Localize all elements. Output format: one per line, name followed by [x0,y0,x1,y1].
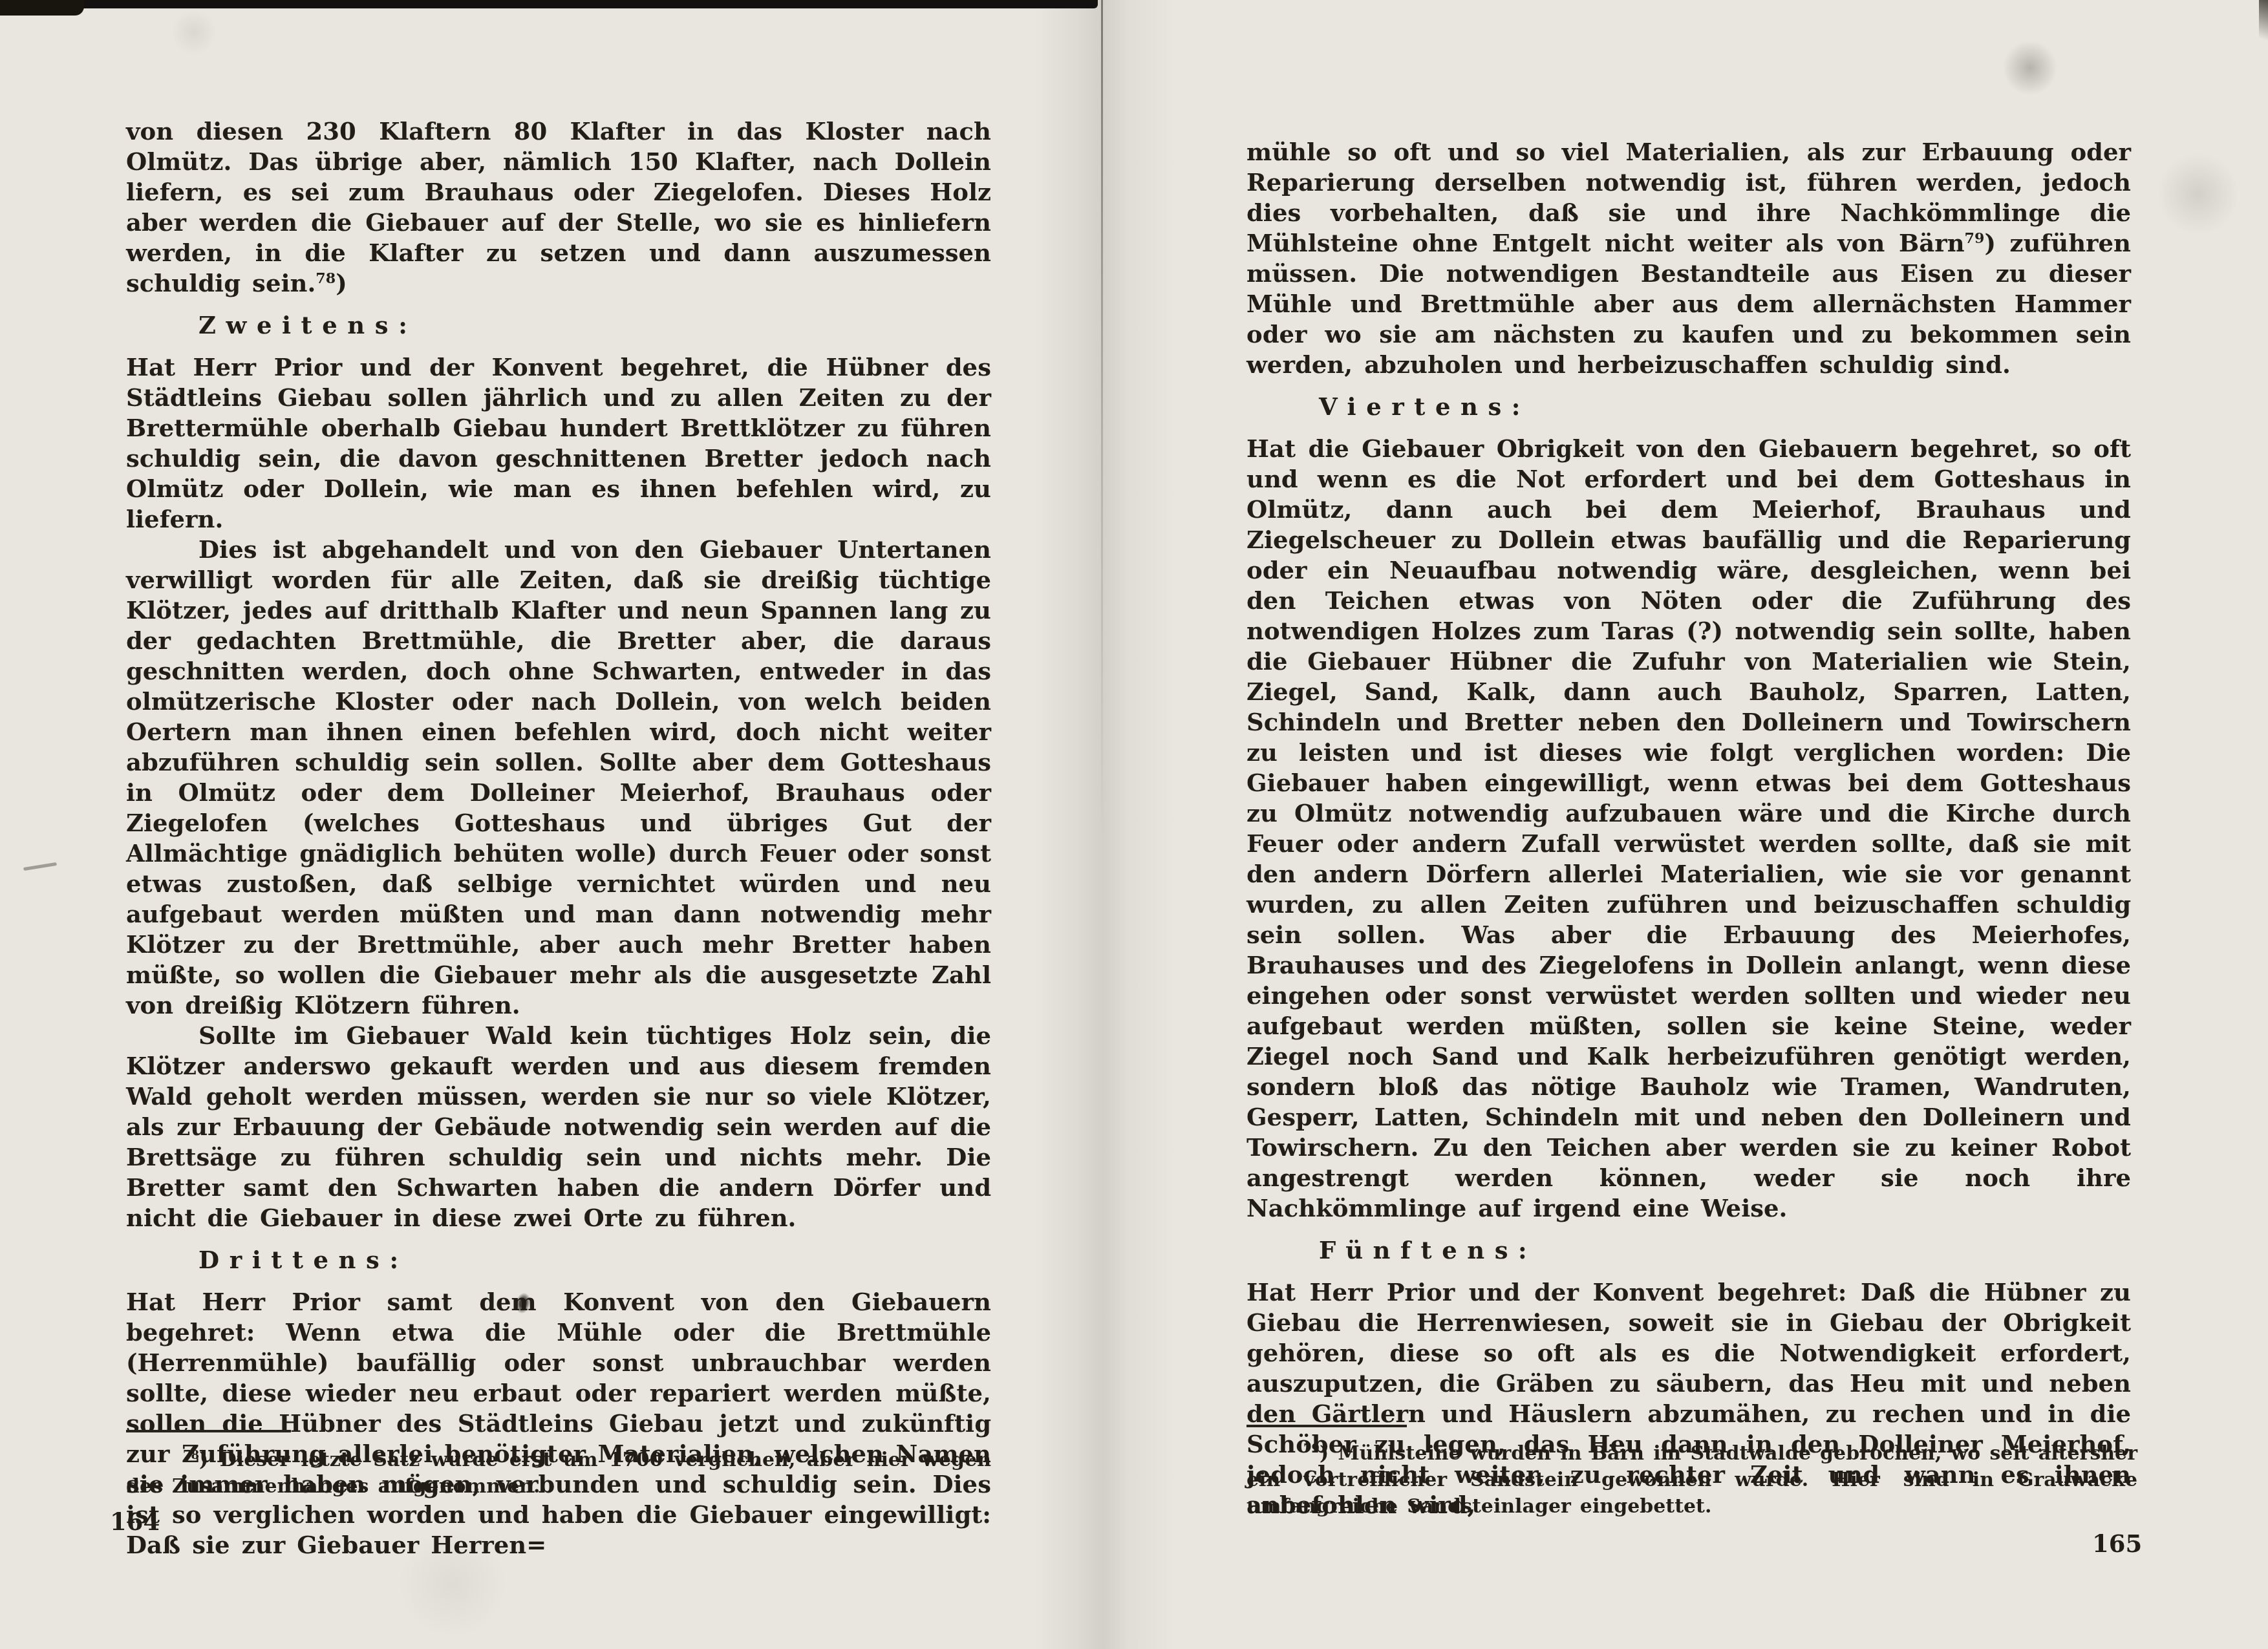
footnote-78-text: ) Dieser letzte Satz wurde erst um 1700 … [126,1449,991,1498]
footnote-ref-79: 79 [1965,230,1985,247]
paragraph-viertens: Hat die Giebauer Obrigkeit von den Gieba… [1246,434,2131,1224]
right-page: mühle so oft und so viel Materialien, al… [1134,0,2268,1649]
paragraph-zweitens: Hat Herr Prior und der Konvent begehret,… [126,352,991,535]
paragraph-continuation-text: von diesen 230 Klaftern 80 Klafter in da… [126,117,991,297]
footnote-ref-78: 78 [316,270,336,287]
paragraph-continuation-after-ref: ) [336,269,347,297]
paragraph-drittens: Hat Herr Prior samt dem Konvent von den … [126,1287,991,1560]
footnote-78: 78) Dieser letzte Satz wurde erst um 170… [126,1447,991,1500]
section-heading-zweitens: Zweitens: [198,310,991,341]
page-number-left: 164 [110,1507,160,1536]
left-page: von diesen 230 Klaftern 80 Klafter in da… [0,0,1134,1649]
footnote-79-marker: 79 [1303,1442,1320,1456]
book-scan: von diesen 230 Klaftern 80 Klafter in da… [0,0,2268,1649]
paragraph-forest: Sollte im Giebauer Wald kein tüchtiges H… [126,1021,991,1233]
footnote-divider [1246,1425,1407,1427]
paragraph-agreement: Dies ist abgehandelt und von den Giebaue… [126,535,991,1021]
paragraph-continuation: mühle so oft und so viel Materialien, al… [1246,137,2131,380]
footnote-79: 79) Mühlsteine wurden in Bärn im Stadtwa… [1246,1440,2137,1520]
page-number-right: 165 [2092,1529,2142,1558]
section-heading-viertens: Viertens: [1319,392,2131,422]
left-page-text-block: von diesen 230 Klaftern 80 Klafter in da… [126,116,991,1560]
paragraph-continuation: von diesen 230 Klaftern 80 Klafter in da… [126,116,991,299]
footnote-79-text: ) Mühlsteine wurden in Bärn im Stadtwald… [1246,1442,2137,1518]
section-heading-drittens: Drittens: [198,1245,991,1275]
footnote-divider [126,1430,291,1432]
section-heading-fuenftens: Fünftens: [1319,1235,2131,1266]
footnote-78-marker: 78 [183,1449,199,1462]
right-page-text-block: mühle so oft und so viel Materialien, al… [1246,137,2131,1520]
